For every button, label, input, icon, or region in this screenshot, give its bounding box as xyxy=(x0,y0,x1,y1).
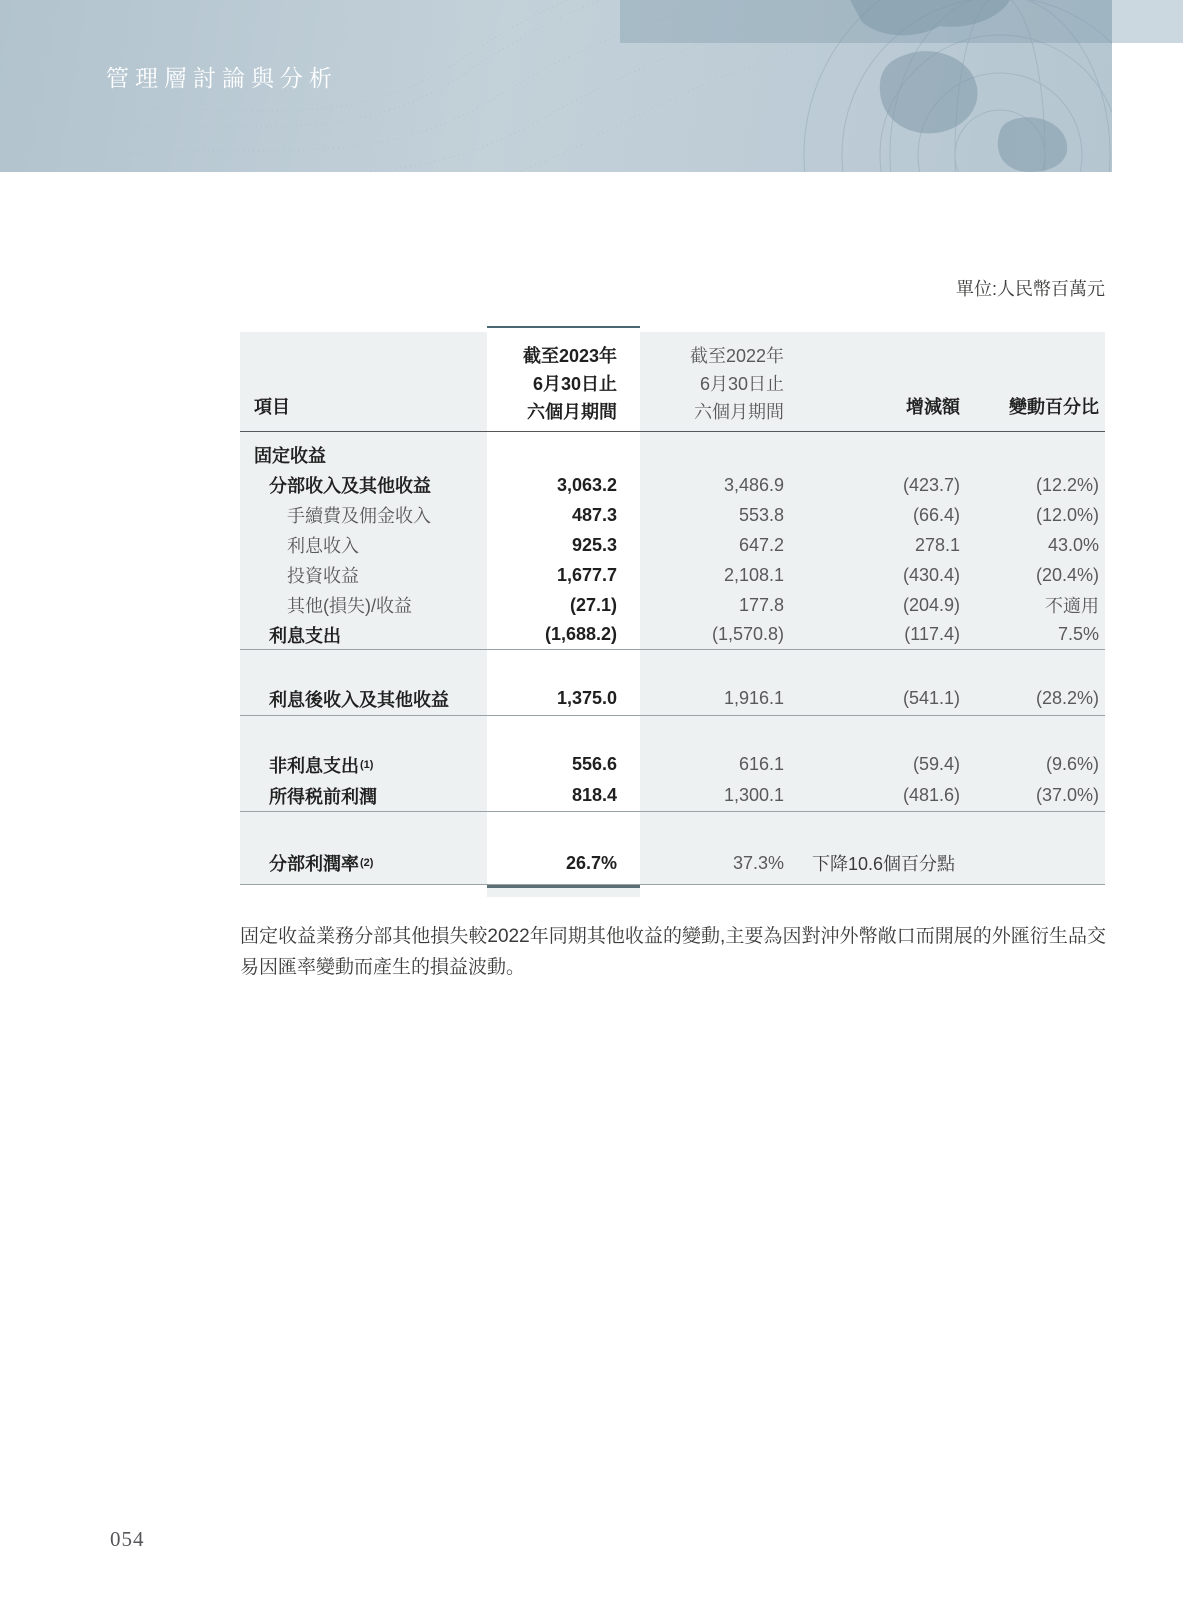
banner-corner-block xyxy=(1112,0,1183,43)
table-row-label: 分部收入及其他收益 xyxy=(240,470,487,500)
value-change: (117.4) xyxy=(800,620,965,650)
report-page: 管理層討論與分析 單位:人民幣百萬元 項目 截至2023年 6月30日止 六個月… xyxy=(0,0,1190,1615)
table-row-label: 其他(損失)/收益 xyxy=(240,590,487,620)
value-2023: 3,063.2 xyxy=(487,470,640,500)
table-row-label: 分部利潤率(2) xyxy=(240,842,487,885)
segment-results-table: 項目 截至2023年 6月30日止 六個月期間 截至2022年 6月30日止 六… xyxy=(240,326,1105,885)
value-change-note: 下降10.6個百分點 xyxy=(800,842,1105,885)
value-change: (204.9) xyxy=(800,590,965,620)
table-row-label: 利息支出 xyxy=(240,620,487,650)
value-2023: 26.7% xyxy=(487,842,640,885)
value-2023: 1,677.7 xyxy=(487,560,640,590)
table-row-label: 投資收益 xyxy=(240,560,487,590)
value-change-pct: 43.0% xyxy=(965,530,1105,560)
value-change-pct: (9.6%) xyxy=(965,749,1105,780)
value-change: (66.4) xyxy=(800,500,965,530)
value-2022: 1,916.1 xyxy=(640,682,800,716)
table-row-label: 非利息支出(1) xyxy=(240,749,487,780)
value-2023: 556.6 xyxy=(487,749,640,780)
banner-dark-strip xyxy=(620,0,1112,43)
value-2022: 2,108.1 xyxy=(640,560,800,590)
header-banner: 管理層討論與分析 xyxy=(0,0,1112,172)
page-number: 054 xyxy=(110,1527,145,1552)
value-2022: 3,486.9 xyxy=(640,470,800,500)
value-2023: 925.3 xyxy=(487,530,640,560)
value-change-pct: (28.2%) xyxy=(965,682,1105,716)
value-2022: 647.2 xyxy=(640,530,800,560)
value-2023: (27.1) xyxy=(487,590,640,620)
current-period-column-footer-strip xyxy=(487,888,640,897)
value-change: (59.4) xyxy=(800,749,965,780)
unit-note: 單位:人民幣百萬元 xyxy=(240,276,1105,302)
value-change: (430.4) xyxy=(800,560,965,590)
table-row-label: 利息後收入及其他收益 xyxy=(240,682,487,716)
column-header-2023-period: 截至2023年 6月30日止 六個月期間 xyxy=(487,332,640,432)
table-row-label: 手續費及佣金收入 xyxy=(240,500,487,530)
value-change: (423.7) xyxy=(800,470,965,500)
value-2022: 37.3% xyxy=(640,842,800,885)
value-2022: 616.1 xyxy=(640,749,800,780)
value-2023: 1,375.0 xyxy=(487,682,640,716)
value-change-pct: 不適用 xyxy=(965,590,1105,620)
column-header-change-amount: 增減額 xyxy=(800,332,965,432)
value-change: 278.1 xyxy=(800,530,965,560)
value-change-pct: (20.4%) xyxy=(965,560,1105,590)
value-change-pct: (12.2%) xyxy=(965,470,1105,500)
value-change-pct: 7.5% xyxy=(965,620,1105,650)
value-change-pct: (37.0%) xyxy=(965,780,1105,812)
table-grid: 項目 截至2023年 6月30日止 六個月期間 截至2022年 6月30日止 六… xyxy=(240,332,1105,885)
column-header-item: 項目 xyxy=(240,332,487,432)
value-2022: 1,300.1 xyxy=(640,780,800,812)
value-2022: (1,570.8) xyxy=(640,620,800,650)
value-2023: 818.4 xyxy=(487,780,640,812)
value-2022: 553.8 xyxy=(640,500,800,530)
column-header-change-percent: 變動百分比 xyxy=(965,332,1105,432)
explanatory-note: 固定收益業務分部其他損失較2022年同期其他收益的變動,主要為因對沖外幣敞口而開… xyxy=(240,921,1106,983)
value-change: (481.6) xyxy=(800,780,965,812)
value-change-pct: (12.0%) xyxy=(965,500,1105,530)
page-title: 管理層討論與分析 xyxy=(106,60,338,93)
column-header-2022-period: 截至2022年 6月30日止 六個月期間 xyxy=(640,332,800,432)
table-row-label: 利息收入 xyxy=(240,530,487,560)
value-change: (541.1) xyxy=(800,682,965,716)
value-2023: (1,688.2) xyxy=(487,620,640,650)
value-2022: 177.8 xyxy=(640,590,800,620)
value-2023: 487.3 xyxy=(487,500,640,530)
table-row-label: 固定收益 xyxy=(240,440,487,470)
table-row-label: 所得税前利潤 xyxy=(240,780,487,812)
